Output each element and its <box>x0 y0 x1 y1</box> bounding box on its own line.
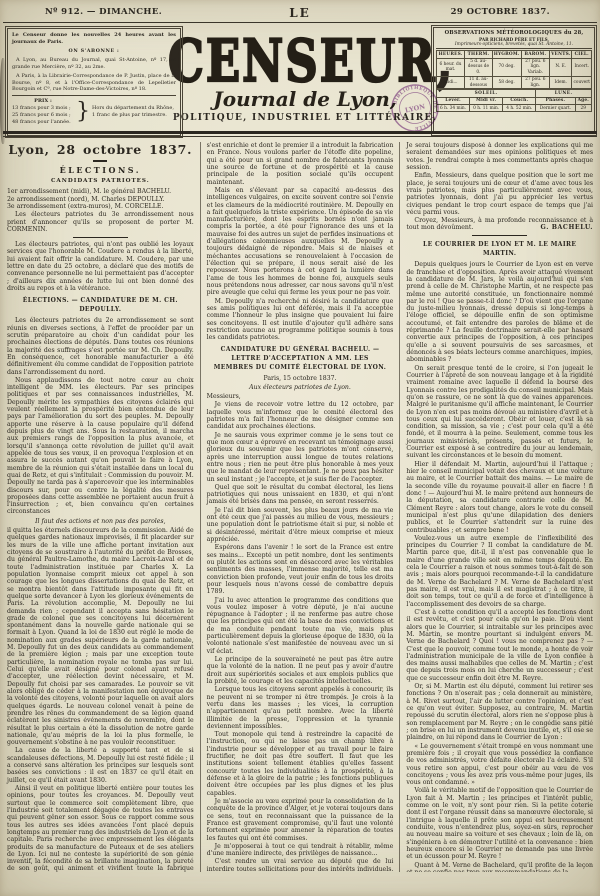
block-p0: il quitta les éternels discoureurs de la… <box>7 527 194 746</box>
cell: 4 h. 52 min. <box>503 105 536 112</box>
depoully-heading: ÉLECTIONS. — CANDIDATURE DE M. CH. DEPOU… <box>12 296 189 314</box>
block-p: Ainsi il veut en politique liberté entiè… <box>7 785 194 872</box>
block-p: « Le gouvernement s'était trompé en vous… <box>406 743 593 787</box>
block-p: Les électeurs patriotes du 3e arrondisse… <box>7 211 194 233</box>
col-header: HYGROM. <box>492 51 521 58</box>
col-header: Lever. <box>437 97 470 104</box>
column-2: s'est enrichie et dont le premier il a i… <box>200 142 400 872</box>
elections-heading: ÉLECTIONS. <box>7 166 194 175</box>
block-p: Je l'ai dit bien souvent, les plus beaux… <box>207 507 394 544</box>
dateline: Lyon, 28 octobre 1837. <box>7 143 194 158</box>
cell: 58 deg. <box>492 76 521 89</box>
table-row: Lever. Midi vr. Couch. Phases. Age. <box>437 97 592 104</box>
block-p: C'est rendre un vrai service au député q… <box>207 858 394 872</box>
cell: Midi... <box>437 76 465 89</box>
cell: N. E. <box>550 58 572 76</box>
table-row: HEURES. THERM. HYGROM. BAROM. VENTS. CIE… <box>437 51 592 58</box>
top-rule <box>3 22 597 23</box>
col-header: VENTS. <box>550 51 572 58</box>
block-p: Tout monopole qui tend à restreindre la … <box>207 731 394 797</box>
letter-closing: Croyez, Messieurs, à ma profonde reconna… <box>406 217 593 232</box>
block-line: 1er arrondissement (midi), M. le général… <box>7 188 194 195</box>
price-list: PRIX : 13 francs pour 3 mois ; 25 francs… <box>12 98 74 126</box>
block-p: Je m'associe au vœu exprimé pour la cons… <box>207 798 394 842</box>
block-p: Quant à M. Verne de Bachelard, qu'il pro… <box>406 862 593 872</box>
col-header: BAROM. <box>521 51 550 58</box>
letter-dateline: Paris, 15 octobre 1837. <box>207 375 394 382</box>
block-p: Quel que soit le résultat du combat élec… <box>207 484 394 506</box>
table-row: 6 heur. du mat. 5 d. au-dessus de 0. 70 … <box>437 58 592 76</box>
masthead-rule-thick <box>3 131 597 134</box>
bachelu-heading: CANDIDATURE DU GÉNÉRAL BACHELU. — LETTRE… <box>212 345 389 372</box>
block-line: 2e arrondissement (nord), M. Charles DEP… <box>7 196 194 203</box>
sun-group-label: SOLEIL. <box>437 90 536 97</box>
cell: 27 pou. 6 lign. <box>521 76 550 89</box>
stamp-center-text: LYON <box>404 102 426 114</box>
col-header: CIEL. <box>572 51 592 58</box>
issue-date: 29 OCTOBRE 1837. <box>451 7 550 17</box>
weather-table: HEURES. THERM. HYGROM. BAROM. VENTS. CIE… <box>436 50 592 89</box>
subscription-box: Le Censeur donne les nouvelles 24 heures… <box>7 28 181 136</box>
column-3: Je serai toujours disposé à donner les e… <box>399 142 594 872</box>
letter-salutation: Aux électeurs patriotes de Lyon. <box>207 384 394 391</box>
candidats-heading: CANDIDATS PATRIOTES. <box>7 178 194 185</box>
dateline-rule <box>93 160 107 162</box>
library-stamp: BIBLIOTHÈQUE DE LA VILLE LYON <box>385 78 444 137</box>
col-header: Midi vr. <box>470 97 503 104</box>
block-p: Espérons dans l'avenir ! le sort de la F… <box>207 544 394 595</box>
price-6-months: 25 francs pour 6 mois ; <box>12 112 74 119</box>
sun-moon-table: SOLEIL. LUNE. Lever. Midi vr. Couch. Pha… <box>436 89 592 112</box>
courrier-heading: LE COURRIER DE LYON ET M. LE MAIRE MARTI… <box>411 240 588 258</box>
block-p: Hier il défendait M. Martin, aujourd'hui… <box>406 461 593 534</box>
price-section: PRIX : 13 francs pour 3 mois ; 25 francs… <box>12 95 176 125</box>
weather-address: Imprimeurs-opticiens, brevetés, quai St.… <box>436 42 592 50</box>
table-row: 6 h. 34 min. 0 h. 11 min. 4 h. 52 min. D… <box>437 105 592 112</box>
weather-title: OBSERVATIONS MÉTÉOROLOGIQUES du 28, <box>436 30 592 37</box>
price-note: Hors du département du Rhône, 1 franc de… <box>92 105 176 119</box>
block-p: Mais en s'élevant par sa capacité au-des… <box>207 187 394 297</box>
block-p: Je viens de recevoir votre lettre du 12 … <box>207 401 394 430</box>
cell: Idem. <box>550 76 572 89</box>
section-rule <box>73 237 128 238</box>
block-p: Depuis quelques jours le Courrier de Lyo… <box>406 261 593 363</box>
block-p: Or, si M. Martin est élu député, comment… <box>406 683 593 742</box>
cell: 5 d. au-dessus de 0. <box>465 58 493 76</box>
subscription-address-lyon: A Lyon, au Bureau du Journal, quai St-An… <box>12 57 176 71</box>
block-p: La cause de la liberté a supporté tant e… <box>7 747 194 784</box>
col-header: THERM. <box>465 51 493 58</box>
block-p: Je m'opposerai à tout ce qui tendrait à … <box>207 843 394 858</box>
block-p: Le principe de la souveraineté ne peut p… <box>207 656 394 685</box>
signature: G. BACHELU. <box>533 224 593 231</box>
cell: 27 pou. 6 lign. Variab. <box>521 58 550 76</box>
cell: 6 h. 34 min. <box>437 105 470 112</box>
block-p: Les électeurs patriotes du 2e arrondisse… <box>7 317 194 376</box>
block-p0: Messieurs, <box>207 393 394 400</box>
article-columns: Lyon, 28 octobre 1837.ÉLECTIONS.CANDIDAT… <box>6 142 594 872</box>
block-p: On serait presque tenté de le croire, si… <box>406 365 593 460</box>
block-p: Les électeurs patriotes, qui n'ont pas o… <box>7 241 194 292</box>
column-1: Lyon, 28 octobre 1837.ÉLECTIONS.CANDIDAT… <box>6 142 200 872</box>
block-p: M. Depoully n'a recherché ni désiré la c… <box>207 298 394 342</box>
weather-box: OBSERVATIONS MÉTÉOROLOGIQUES du 28, PAR … <box>433 27 595 134</box>
abonne-title: ON S'ABONNE : <box>12 48 176 55</box>
col-header: HEURES. <box>437 51 465 58</box>
section-rule <box>472 235 527 236</box>
brace-glyph: } <box>76 103 90 121</box>
block-p: Nous applaudissons de tout notre cœur au… <box>7 377 194 516</box>
cell: Incert. <box>572 58 592 76</box>
moon-group-label: LUNE. <box>536 90 592 97</box>
block-line: 3e arrondissement (extra-muros), M. CORC… <box>7 203 194 210</box>
col-header: Couch. <box>503 97 536 104</box>
masthead-rule-thin <box>3 136 597 137</box>
price-label: PRIX : <box>12 98 74 105</box>
cell: 0 h. 11 min. <box>470 105 503 112</box>
col-header: Age. <box>575 97 591 104</box>
block-p: Voilà le véritable motif de l'opposition… <box>406 787 593 860</box>
block-p: Enfin, Messieurs, dans quelque position … <box>406 172 593 216</box>
cell: Dernier quart. <box>536 105 575 112</box>
table-row: SOLEIL. LUNE. <box>437 90 592 97</box>
cell: 29 <box>575 105 591 112</box>
block-p: Je ne saurais vous exprimer comme je le … <box>207 432 394 483</box>
verse-line: Il faut des actions et non pas des parol… <box>7 518 194 525</box>
block-p: Voulez-vous un autre exemple de l'inflex… <box>406 535 593 608</box>
block-p0: Je serai toujours disposé à donner les e… <box>406 142 593 171</box>
price-year: 48 francs pour l'année. <box>12 119 74 126</box>
block-p0: s'est enrichie et dont le premier il a i… <box>207 142 394 186</box>
cell: 6 heur. du mat. <box>437 58 465 76</box>
col-header: Phases. <box>536 97 575 104</box>
table-row: Midi... 11 d. au-dessous 58 deg. 27 pou.… <box>437 76 592 89</box>
cell: couvert <box>572 76 592 89</box>
subscription-notice: Le Censeur donne les nouvelles 24 heures… <box>12 32 176 46</box>
cell: 70 deg. <box>492 58 521 76</box>
subscription-address-paris: A Paris, à la Librairie-Correspondance d… <box>12 73 176 94</box>
block-p: Lorsque tous les citoyens seront appelés… <box>207 686 394 730</box>
price-3-months: 13 francs pour 3 mois ; <box>12 105 74 112</box>
block-p: C'est à cette condition qu'il a accepté … <box>406 609 593 682</box>
cell: 11 d. au-dessous <box>465 76 493 89</box>
block-p: J'ai lu avec attention le programme des … <box>207 597 394 656</box>
